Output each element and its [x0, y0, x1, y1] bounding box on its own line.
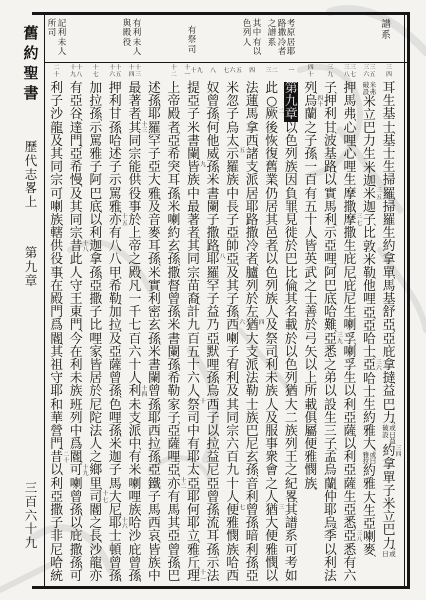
verse-index-number: 二 [272, 68, 278, 74]
verse-index-cell: 九十十一 [184, 65, 203, 78]
glyph: 最 [186, 201, 202, 214]
glyph: 書 [21, 83, 41, 103]
text-column: 加拉孫、示罵雅子阿巴底、以利迦拿孫、亞撒子比哩家、皆居於尼陀法人之鄉里、十七司閽… [88, 82, 104, 583]
glyph: 闌 [166, 346, 182, 359]
punctuation-glyph: 、 [158, 536, 167, 545]
punctuation-glyph: 、 [177, 562, 186, 571]
punctuation-glyph: 、 [119, 272, 128, 281]
glyph: 之 [127, 253, 143, 266]
glyph: 示 [205, 557, 221, 570]
glyph: 色 [107, 399, 123, 412]
glyph: 拿 [381, 458, 397, 471]
chapter-label: 第九章 [284, 82, 298, 122]
glyph: 亞 [361, 320, 377, 333]
punctuation-glyph: 、 [217, 338, 226, 347]
verse-number: 六 [239, 320, 245, 326]
text-column: 此○二厥後恢復舊業、仍居其邑者、以色列族人、及祭司、利未族人、及服事衆會之人、三… [264, 82, 280, 583]
verse-index-cell: 十五十六 [109, 65, 122, 78]
punctuation-glyph: 、 [373, 444, 382, 453]
punctuation-glyph: 、 [334, 522, 343, 531]
glyph: 利 [49, 478, 65, 491]
glyph: 派 [244, 174, 260, 187]
glyph: 喇 [342, 346, 358, 359]
punctuation-glyph: 、 [314, 298, 323, 307]
glyph: 曾 [146, 385, 162, 398]
glyph: 西 [225, 570, 241, 583]
inline-note-left: 破設 [362, 82, 369, 96]
glyph: 代 [22, 154, 40, 168]
punctuation-glyph: 、 [177, 193, 186, 202]
punctuation-glyph: 、 [80, 509, 89, 518]
headnote-jerusalem-residents-line-2: 路撒冷者 [277, 20, 287, 57]
text-column: 列、四十烏蘭之子孫、一百有五十人、皆英武之士、善於弓矢、以上所載俱屬便雅憫族。 [303, 82, 319, 491]
glyph: 可 [283, 544, 299, 557]
glyph: 十 [317, 102, 323, 108]
headnote-levite-duties-line-2: 所司 [47, 20, 57, 39]
glyph: 負 [283, 188, 299, 201]
glyph: 中 [225, 188, 241, 201]
glyph: 亞 [342, 464, 358, 477]
glyph: 哈 [49, 557, 65, 570]
glyph: 俱 [303, 412, 319, 425]
punctuation-glyph: 、 [275, 180, 284, 189]
glyph: 示 [88, 122, 104, 135]
punctuation-glyph: 、 [99, 206, 108, 215]
glyph: 宗 [49, 174, 65, 187]
verse-number: 三九 [337, 333, 343, 345]
glyph: 庇 [342, 253, 358, 266]
punctuation-glyph: 、 [295, 496, 304, 505]
glyph: 華 [49, 412, 65, 425]
glyph: 八 [210, 68, 216, 74]
text-column: 上帝殿者、亞希突耳孫、米喇約玄孫、撒督曾孫、米書闌孫、希勒家子、亞薩哩亞、十二亦… [166, 82, 182, 583]
text-column: 押馬弗、心哩、心哩生摩撒、三七摩撒生庇尼、庇尼生喇孚、喇孚生以利亞薩、以利亞薩生… [342, 82, 358, 583]
glyph: 族 [146, 557, 162, 570]
punctuation-glyph: 、 [177, 417, 186, 426]
glyph: 系 [283, 530, 299, 543]
punctuation-glyph: 、 [275, 351, 284, 360]
punctuation-glyph: 、 [393, 127, 402, 136]
punctuation-glyph: 、 [177, 259, 186, 268]
glyph: 及 [146, 201, 162, 214]
glyph: 有 [303, 188, 319, 201]
glyph: 亞 [166, 530, 182, 543]
glyph: 舊 [21, 23, 41, 43]
glyph: 九 [327, 72, 333, 78]
glyph: 陀 [88, 412, 104, 425]
glyph: 益 [381, 385, 397, 398]
glyph: 殿 [166, 108, 182, 121]
punctuation-glyph: 、 [119, 298, 128, 307]
glyph: 巴 [166, 570, 182, 583]
glyph: 四 [141, 392, 147, 398]
punctuation-glyph: 、 [158, 404, 167, 413]
glyph: 二 [171, 72, 177, 78]
punctuation-glyph: 。 [314, 483, 323, 492]
glyph: 祭 [264, 333, 280, 346]
glyph: 子 [303, 135, 319, 148]
glyph: 七 [127, 319, 143, 332]
glyph: 聖 [21, 63, 41, 83]
glyph: 子 [225, 108, 241, 121]
punctuation-glyph: 、 [256, 364, 265, 373]
glyph: 米 [186, 122, 202, 135]
glyph: 頓 [107, 544, 123, 557]
glyph: 系 [267, 39, 277, 48]
glyph: 悉 [342, 544, 358, 557]
glyph: 十 [54, 72, 60, 78]
punctuation-glyph: 、 [334, 166, 343, 175]
glyph: 之 [264, 478, 280, 491]
glyph: 米 [166, 201, 182, 214]
glyph: 章 [22, 274, 40, 288]
glyph: 族 [225, 174, 241, 187]
punctuation-glyph: 、 [217, 549, 226, 558]
glyph: 役 [122, 39, 132, 48]
glyph: 及 [68, 188, 84, 201]
glyph: 生 [322, 412, 338, 425]
glyph: 大 [361, 492, 377, 505]
glyph: 耶 [244, 201, 260, 214]
verse-index-number: 九 [197, 68, 203, 74]
glyph: 上 [22, 195, 40, 209]
punctuation-glyph: 、 [217, 166, 226, 175]
glyph: 六 [376, 366, 382, 372]
glyph: 鐵 [146, 478, 162, 491]
glyph: 宗 [186, 267, 202, 280]
verse-number: 四 [259, 320, 265, 326]
glyph: 亞 [244, 570, 260, 583]
glyph: 雅 [186, 544, 202, 557]
glyph: 同 [225, 412, 241, 425]
inline-note: 或曰雅拉 [361, 452, 377, 466]
glyph: 十 [22, 522, 40, 536]
glyph: 歷 [22, 140, 40, 154]
glyph: 耶 [146, 412, 162, 425]
glyph: 或 [389, 551, 396, 558]
book-title: 舊約聖書 [21, 23, 41, 103]
glyph: 喇 [342, 319, 358, 332]
glyph: 喇 [225, 333, 241, 346]
punctuation-glyph: 、 [158, 193, 167, 202]
glyph: 沙 [88, 544, 104, 557]
glyph: 喇 [49, 201, 65, 214]
inline-note-left: 破設 [382, 425, 389, 445]
glyph: 族 [264, 385, 280, 398]
glyph: 以 [283, 122, 299, 135]
frame-left-rule [44, 12, 45, 589]
glyph: 士 [361, 386, 377, 399]
chapter-title: 第九章 [22, 246, 40, 287]
glyph: 庇 [68, 530, 84, 543]
verse-number: 三四 [396, 446, 402, 458]
glyph: 人 [242, 39, 252, 48]
punctuation-glyph: 、 [334, 443, 343, 452]
glyph: 憫 [303, 464, 319, 477]
glyph: 會 [264, 464, 280, 477]
punctuation-glyph: 、 [177, 364, 186, 373]
glyph: 以 [252, 48, 262, 57]
glyph: 三 [135, 72, 141, 78]
glyph: 九 [225, 464, 241, 477]
punctuation-glyph: 、 [80, 140, 89, 149]
punctuation-glyph: 、 [80, 114, 89, 123]
text-column: 押利甘孫、哈述子示罵雅、十五亦有八八甲、希勒、加拉、及亞薩曾孫、色哩孫、米迦子馬… [107, 82, 123, 583]
inline-note: 米弗破設 [361, 82, 377, 96]
glyph: 實 [322, 188, 338, 201]
verse-index-number: 四 [249, 68, 255, 74]
glyph: 列 [68, 412, 84, 425]
glyph: 尼 [49, 544, 65, 557]
glyph: 米 [166, 319, 182, 332]
glyph: 哈 [225, 557, 241, 570]
glyph: 曾 [107, 557, 123, 570]
glyph: 武 [303, 267, 319, 280]
verse-number: 三八 [356, 531, 362, 543]
frame-top-rule [32, 12, 409, 15]
inline-note: 或曰益破設 [381, 425, 397, 445]
punctuation-glyph: 、 [217, 377, 226, 386]
text-column: 最著者、十三其同宗能供役事於上帝之殿、凡一千七百六十人、十四利未支派中、有米喇哩… [127, 82, 143, 583]
glyph: 同 [127, 135, 143, 148]
verse-number: 三 [278, 505, 284, 511]
glyph: 譜 [381, 19, 391, 30]
glyph: 庇 [127, 544, 143, 557]
glyph: 所 [303, 385, 319, 398]
glyph: 尼 [88, 399, 104, 412]
punctuation-glyph: 、 [99, 272, 108, 281]
glyph: 之 [283, 464, 299, 477]
glyph: 司 [187, 46, 197, 55]
glyph: 耳 [166, 174, 182, 187]
punctuation-glyph: 、 [393, 325, 402, 334]
glyph: 八 [76, 72, 82, 78]
glyph: 同 [186, 253, 202, 266]
glyph: 二 [278, 109, 284, 115]
punctuation-glyph: 、 [334, 259, 343, 268]
punctuation-glyph: 、 [334, 483, 343, 492]
glyph: 四 [386, 72, 392, 78]
glyph: 沙 [127, 530, 143, 543]
glyph: 五 [122, 221, 128, 227]
verse-number: 十四 [141, 386, 147, 398]
verse-index-cell: 五六七 [223, 65, 242, 78]
glyph: 雅 [264, 544, 280, 557]
glyph: 第 [22, 246, 40, 260]
glyph: 音 [244, 478, 260, 491]
punctuation-glyph: 、 [217, 443, 226, 452]
glyph: 子 [186, 108, 202, 121]
glyph: 巴 [88, 188, 104, 201]
glyph: 以 [264, 253, 280, 266]
glyph: 阿 [322, 267, 338, 280]
headnote-israelites-line-2: 色列人 [242, 20, 252, 48]
verse-index-number: 一 [288, 68, 294, 74]
verse-index-number: 八 [210, 68, 216, 74]
punctuation-glyph: 、 [119, 127, 128, 136]
glyph: 大 [244, 333, 260, 346]
punctuation-glyph: 、 [275, 245, 284, 254]
glyph: 罵 [88, 135, 104, 148]
punctuation-glyph: 、 [314, 153, 323, 162]
glyph: 三 [141, 128, 147, 134]
glyph: 罕 [146, 135, 162, 148]
punctuation-glyph: 、 [295, 206, 304, 215]
glyph: 法 [205, 570, 221, 583]
verse-index-number: 三九 [327, 65, 333, 78]
glyph: 三 [22, 481, 40, 495]
glyph: 暗 [244, 530, 260, 543]
glyph: 乃 [205, 319, 221, 332]
inline-note-right: 或 [389, 551, 396, 558]
glyph: 七 [102, 498, 108, 504]
glyph: 憫 [225, 530, 241, 543]
book-name: 歷代志畧上 [22, 140, 40, 209]
glyph: 以 [264, 570, 280, 583]
verse-number: 二十 [63, 452, 69, 464]
verse-number: 十六 [122, 518, 128, 530]
glyph: 法 [322, 570, 338, 583]
glyph: 示 [107, 174, 123, 187]
verse-index-cell: 十三十四 [129, 65, 142, 78]
glyph: 其 [49, 346, 65, 359]
verse-index-number: 三七 [350, 65, 356, 78]
glyph: 系 [381, 30, 391, 41]
glyph: 載 [303, 399, 319, 412]
glyph: 馬 [107, 478, 123, 491]
glyph: 烏 [205, 385, 221, 398]
punctuation-glyph: 、 [373, 550, 382, 559]
punctuation-glyph: 、 [197, 536, 206, 545]
glyph: 色 [264, 267, 280, 280]
glyph: 章 [284, 108, 298, 121]
glyph: 曰 [382, 551, 389, 558]
punctuation-glyph: 、 [373, 272, 382, 281]
text-column: 提亞子米書闌、九皆族中最著者、其同宗苗裔、計九百五十六人、十祭司中有耶太亞、耶何… [186, 82, 202, 583]
glyph: 哩 [107, 412, 123, 425]
glyph: 色 [283, 135, 299, 148]
text-column: 奴曾孫、何他威孫、米書闌子撒路、八耶羅罕子益乃亞、默哩孫、烏西子以拉、益尼亞曾孫… [205, 82, 221, 583]
glyph: 班 [68, 399, 84, 412]
punctuation-glyph: 、 [197, 483, 206, 492]
glyph: 族 [68, 385, 84, 398]
glyph: 書 [166, 333, 182, 346]
glyph: 九 [337, 339, 343, 345]
glyph: 九 [22, 536, 40, 550]
verse-index-cell: 二三 [265, 65, 278, 78]
glyph: 掃 [381, 201, 397, 214]
glyph: 何 [205, 122, 221, 135]
punctuation-glyph: 、 [119, 391, 128, 400]
punctuation-glyph: 、 [334, 87, 343, 96]
glyph: 米 [127, 464, 143, 477]
verse-number: 十 [200, 399, 206, 405]
glyph: 亞 [381, 333, 397, 346]
glyph: 及 [107, 333, 123, 346]
glyph: 可 [49, 188, 65, 201]
glyph: 拿 [244, 122, 260, 135]
punctuation-glyph: 、 [353, 272, 362, 281]
glyph: 西 [205, 399, 221, 412]
glyph: 考 [283, 557, 299, 570]
glyph: 以 [49, 464, 65, 477]
glyph: 六 [342, 570, 358, 583]
glyph: 哈 [107, 135, 123, 148]
verse-number: 十七 [102, 491, 108, 503]
glyph: 未 [127, 399, 143, 412]
glyph: 子 [225, 346, 241, 359]
verse-number: 十三 [141, 122, 147, 134]
punctuation-glyph: 、 [177, 311, 186, 320]
glyph: 拿 [381, 253, 397, 266]
glyph: 四 [396, 452, 402, 458]
punctuation-glyph: 、 [236, 549, 245, 558]
glyph: 五 [376, 195, 382, 201]
glyph: 亞 [205, 478, 221, 491]
glyph: 司 [47, 29, 57, 38]
verse-index-cell: 三五三六 [363, 65, 376, 78]
glyph: 設 [322, 399, 338, 412]
glyph: 亞 [166, 135, 182, 148]
verse-number: 十五 [122, 214, 128, 226]
glyph: 皆 [146, 544, 162, 557]
glyph: 一 [200, 577, 206, 583]
glyph: 羅 [205, 267, 221, 280]
glyph: 鄉 [88, 464, 104, 477]
inline-note-left: 雅拉 [362, 452, 369, 466]
glyph: 亞 [107, 346, 123, 359]
glyph: 以 [322, 544, 338, 557]
glyph: 巴 [381, 524, 397, 537]
glyph: 以 [322, 385, 338, 398]
punctuation-glyph: 、 [60, 219, 69, 228]
punctuation-glyph: 、 [99, 351, 108, 360]
glyph: 阿 [88, 174, 104, 187]
glyph: 二 [272, 68, 278, 74]
verse-index-number: 四十 [308, 65, 314, 78]
glyph: 季 [322, 530, 338, 543]
punctuation-glyph: 、 [256, 417, 265, 426]
verse-index-number: 二十 [54, 65, 60, 78]
punctuation-glyph: 、 [275, 522, 284, 531]
glyph: 米 [146, 267, 162, 280]
punctuation-glyph: 、 [60, 127, 69, 136]
glyph: 以 [322, 174, 338, 187]
glyph: 四 [249, 68, 255, 74]
glyph: 五 [236, 68, 242, 74]
glyph: 哩 [88, 333, 104, 346]
inline-note-right: 米弗 [369, 82, 376, 96]
glyph: 耶 [146, 108, 162, 121]
glyph: 哩 [361, 293, 377, 306]
glyph: 庇 [381, 346, 397, 359]
glyph: 六 [122, 524, 128, 530]
verse-index-number: 十七 [93, 65, 99, 78]
glyph: 百 [186, 333, 202, 346]
punctuation-glyph: 、 [256, 100, 265, 109]
text-column: 耳生基士、基士生掃羅、掃羅生約拿單、馬基舒亞、亞庇拿撻、益巴力、或曰益破設三四約… [381, 82, 397, 558]
glyph: 太 [186, 464, 202, 477]
verse-index-number: 十三 [135, 65, 141, 78]
glyph: 今 [68, 333, 84, 346]
punctuation-glyph: 、 [80, 180, 89, 189]
punctuation-glyph: 、 [393, 377, 402, 386]
glyph: 者 [277, 48, 287, 57]
punctuation-glyph: 、 [158, 456, 167, 465]
glyph: 猶 [283, 385, 299, 398]
glyph: 波 [322, 135, 338, 148]
frame-right-inner-rule [404, 15, 405, 586]
